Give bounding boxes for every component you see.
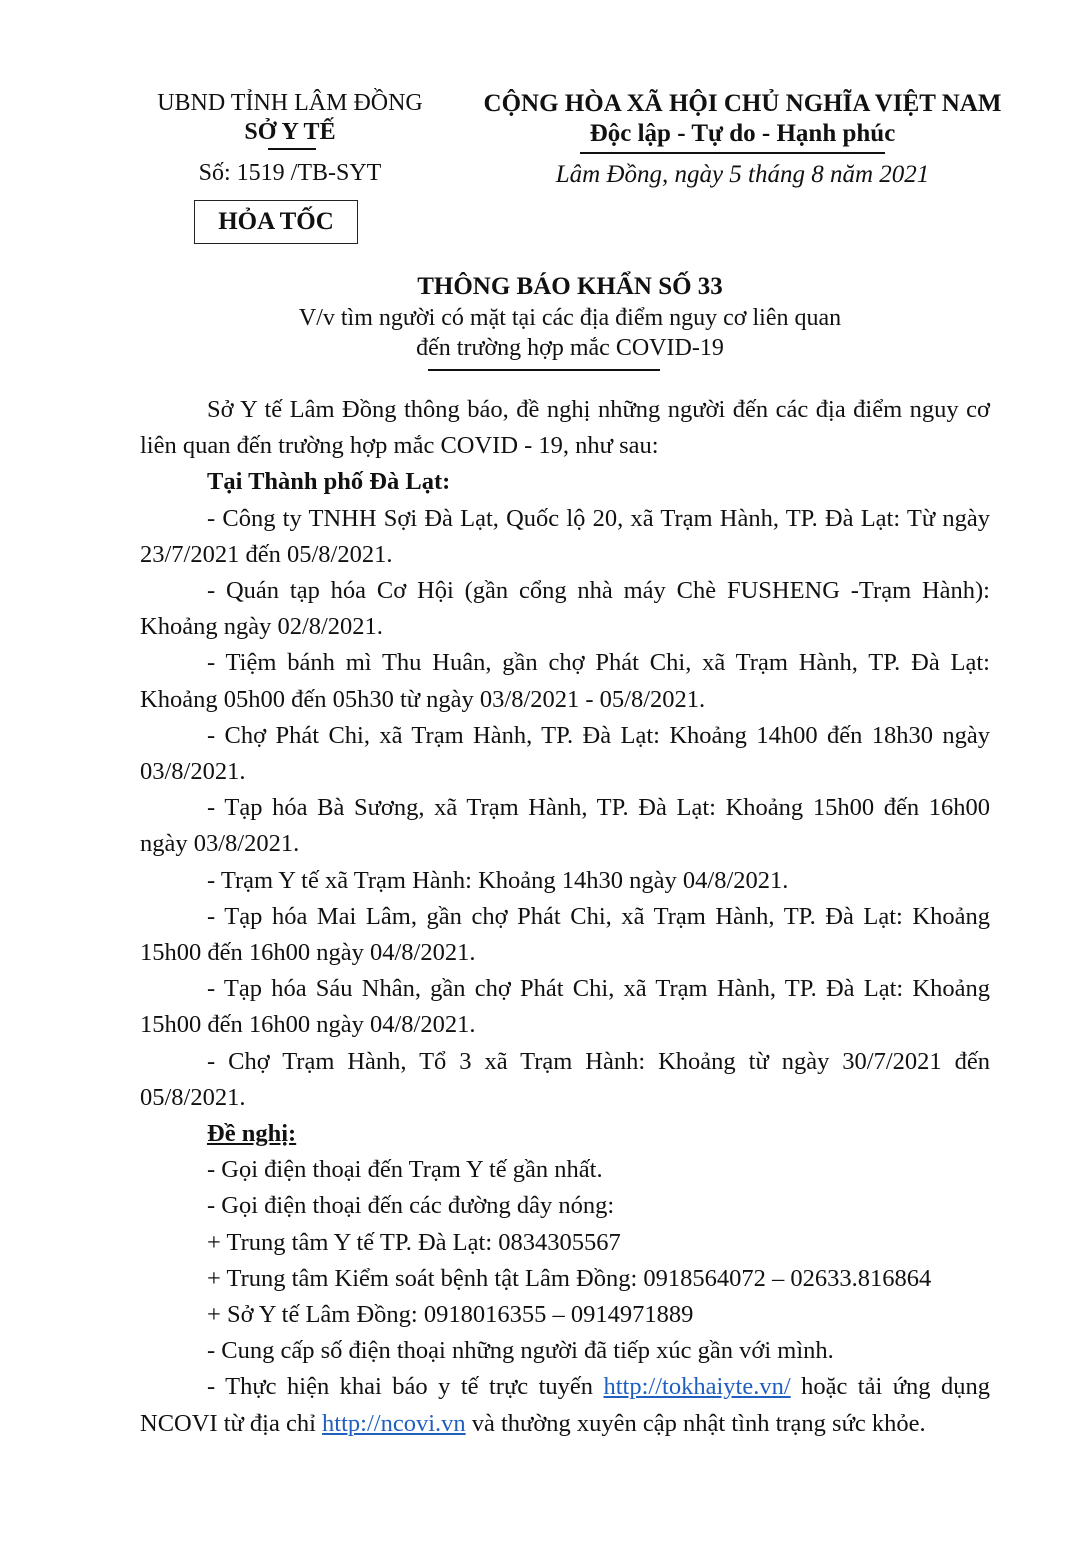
- location-item: - Chợ Phát Chi, xã Trạm Hành, TP. Đà Lạt…: [140, 718, 990, 790]
- tokhaiyte-link[interactable]: http://tokhaiyte.vn/: [603, 1373, 790, 1400]
- urgency-stamp-label: HỎA TỐC: [218, 208, 334, 236]
- subject-line-1: V/v tìm người có mặt tại các địa điểm ng…: [140, 305, 1000, 332]
- location-item: - Tiệm bánh mì Thu Huân, gần chợ Phát Ch…: [140, 645, 990, 717]
- ncovi-link[interactable]: http://ncovi.vn: [322, 1410, 466, 1437]
- location-item: - Chợ Trạm Hành, Tổ 3 xã Trạm Hành: Khoả…: [140, 1044, 990, 1116]
- intro-paragraph: Sở Y tế Lâm Đồng thông báo, đề nghị nhữn…: [140, 392, 990, 464]
- hotline-item: + Trung tâm Kiểm soát bệnh tật Lâm Đồng:…: [140, 1261, 990, 1297]
- hotline-item: + Trung tâm Y tế TP. Đà Lạt: 0834305567: [140, 1225, 990, 1261]
- final-text-3: và thường xuyên cập nhật tình trạng sức …: [466, 1410, 926, 1437]
- final-text-1: - Thực hiện khai báo y tế trực tuyến: [207, 1373, 603, 1400]
- country-name: CỘNG HÒA XÃ HỘI CHỦ NGHĨA VIỆT NAM: [470, 90, 1015, 118]
- issuing-agency: UBND TỈNH LÂM ĐỒNG: [140, 90, 440, 117]
- national-motto: Độc lập - Tự do - Hạnh phúc: [470, 120, 1015, 148]
- location-item: - Tạp hóa Bà Sương, xã Trạm Hành, TP. Đà…: [140, 790, 990, 862]
- department-underline: [268, 148, 316, 150]
- recommendation-item: - Gọi điện thoại đến Trạm Y tế gần nhất.: [140, 1152, 990, 1188]
- document-title: THÔNG BÁO KHẨN SỐ 33: [140, 273, 1000, 301]
- hotline-item: + Sở Y tế Lâm Đồng: 0918016355 – 0914971…: [140, 1297, 990, 1333]
- location-item: - Quán tạp hóa Cơ Hội (gần cổng nhà máy …: [140, 573, 990, 645]
- recommendation-heading: Đề nghị:: [140, 1116, 990, 1152]
- final-recommendation: - Thực hiện khai báo y tế trực tuyến htt…: [140, 1369, 990, 1441]
- document-number: Số: 1519 /TB-SYT: [140, 160, 440, 187]
- location-item: - Tạp hóa Sáu Nhân, gần chợ Phát Chi, xã…: [140, 971, 990, 1043]
- location-item: - Trạm Y tế xã Trạm Hành: Khoảng 14h30 n…: [140, 863, 990, 899]
- recommendation-item: - Gọi điện thoại đến các đường dây nóng:: [140, 1188, 990, 1224]
- document-body: Sở Y tế Lâm Đồng thông báo, đề nghị nhữn…: [140, 392, 990, 1442]
- section-heading-da-lat: Tại Thành phố Đà Lạt:: [140, 464, 990, 500]
- subject-line-2: đến trường hợp mắc COVID-19: [140, 335, 1000, 362]
- recommendation-item: - Cung cấp số điện thoại những người đã …: [140, 1333, 990, 1369]
- subject-underline: [428, 369, 660, 371]
- urgency-stamp: HỎA TỐC: [194, 200, 358, 244]
- department-name: SỞ Y TẾ: [140, 119, 440, 146]
- location-item: - Công ty TNHH Sợi Đà Lạt, Quốc lộ 20, x…: [140, 501, 990, 573]
- location-item: - Tạp hóa Mai Lâm, gần chợ Phát Chi, xã …: [140, 899, 990, 971]
- motto-underline: [580, 152, 885, 154]
- place-and-date: Lâm Đồng, ngày 5 tháng 8 năm 2021: [470, 161, 1015, 189]
